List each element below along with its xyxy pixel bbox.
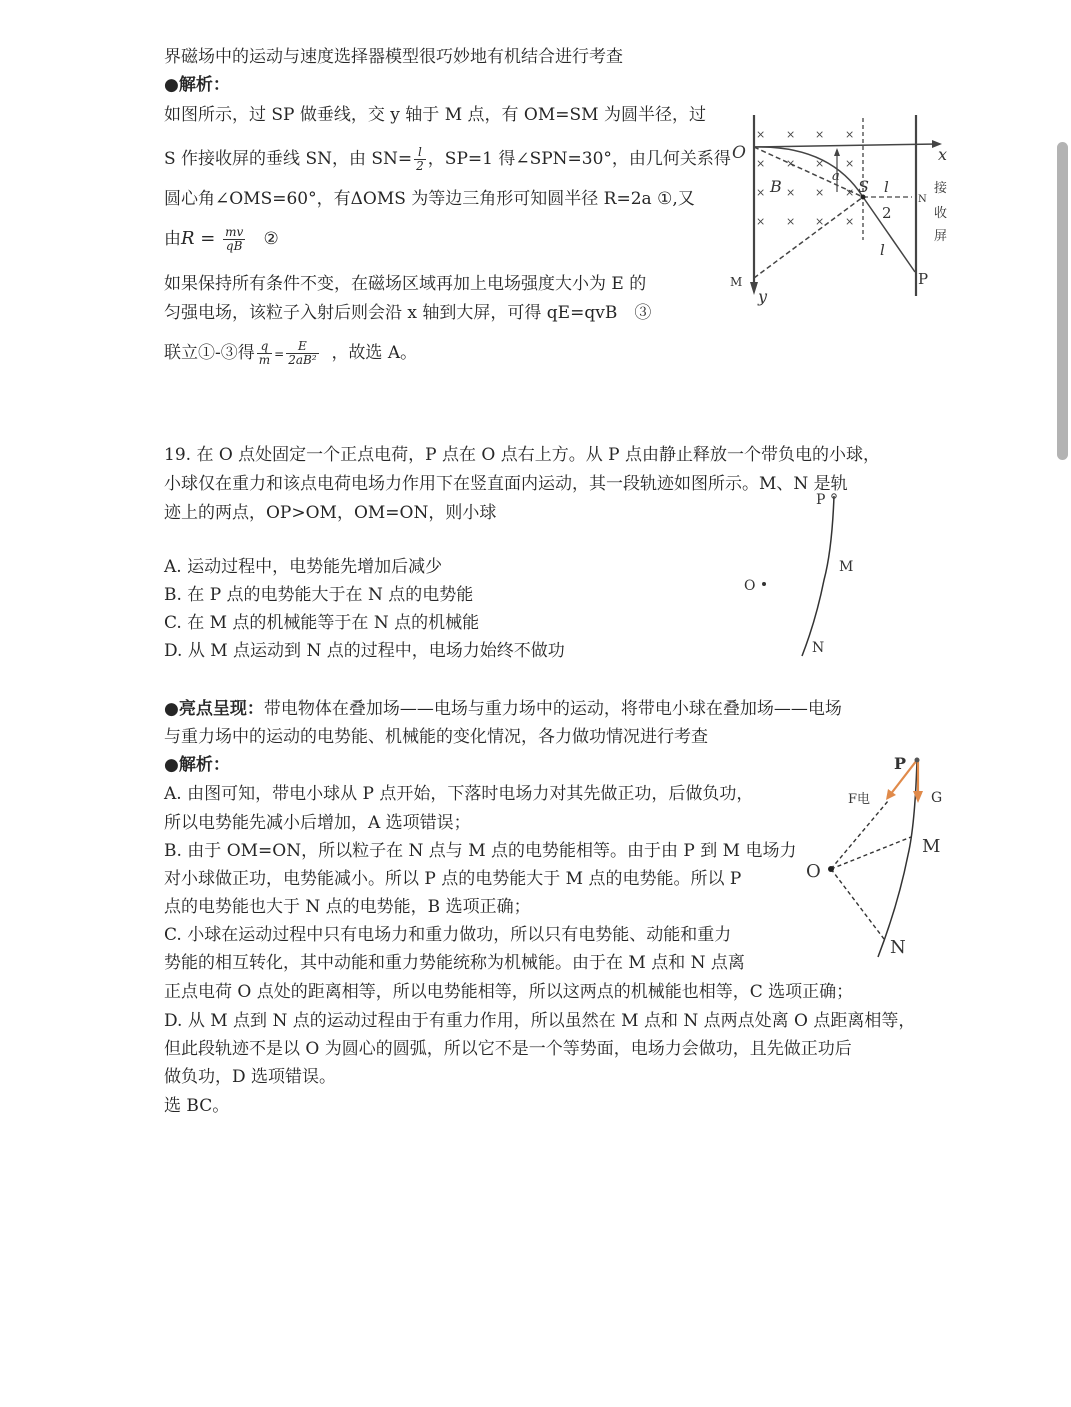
svg-text:G: G: [931, 790, 942, 806]
fraction-numerator: q: [257, 340, 272, 354]
svg-text:N: N: [890, 937, 906, 958]
fraction-numerator: mv: [223, 226, 245, 240]
analysis-line: 所以电势能先减小后增加，A 选项错误；: [164, 812, 471, 834]
fraction-numerator: E: [286, 340, 318, 354]
fraction-denominator: 2aB²: [286, 354, 318, 367]
svg-text:O: O: [744, 578, 755, 594]
svg-text:×: ×: [786, 128, 795, 141]
analysis-line: 点的电势能也大于 N 点的电势能，B 选项正确；: [164, 896, 531, 918]
analysis-line: D. 从 M 点到 N 点的运动过程由于有重力作用，所以虽然在 M 点和 N 点…: [164, 1010, 915, 1032]
analysis-heading: ●解析：: [164, 754, 230, 776]
analysis-heading: ●解析：: [164, 74, 230, 96]
fraction-denominator: qB: [223, 240, 245, 253]
svg-text:×: ×: [845, 215, 854, 228]
svg-text:P: P: [918, 270, 928, 288]
fraction-e-over-2ab2: E2aB²: [286, 340, 318, 367]
svg-text:l: l: [880, 241, 885, 259]
text-span: ，故选 A。: [331, 343, 417, 363]
svg-text:×: ×: [815, 157, 824, 170]
circled-two: ②: [263, 229, 278, 249]
svg-text:×: ×: [756, 128, 765, 141]
magnetic-field-figure: ×××× ×××× ×××× ×××× O x y B a S l 2 N M …: [720, 100, 960, 310]
svg-text:P: P: [816, 492, 825, 508]
svg-text:×: ×: [756, 157, 765, 170]
paragraph-line: 由R = mvqB ②: [164, 226, 279, 253]
force-analysis-figure: P F电 G M O N: [800, 745, 970, 970]
svg-text:屏: 屏: [934, 229, 947, 244]
svg-text:×: ×: [815, 128, 824, 141]
svg-text:F电: F电: [848, 791, 870, 807]
svg-text:×: ×: [815, 215, 824, 228]
text-span: 联立①-③得: [164, 343, 255, 363]
question-stem-line: 迹上的两点，OP>OM，OM=ON，则小球: [164, 502, 496, 524]
option-d: D. 从 M 点运动到 N 点的过程中，电场力始终不做功: [164, 640, 565, 662]
text-span: ，SP=1 得∠SPN=30°，由几何关系得: [428, 149, 731, 169]
fraction-numerator: l: [414, 146, 426, 160]
analysis-line: 做负功，D 选项错误。: [164, 1066, 336, 1088]
analysis-line: C. 小球在运动过程中只有电场力和重力做功，所以只有电势能、动能和重力: [164, 924, 731, 946]
svg-text:N: N: [918, 194, 927, 205]
svg-text:a: a: [832, 169, 840, 184]
svg-text:S: S: [858, 177, 869, 196]
analysis-line: A. 由图可知，带电小球从 P 点开始，下落时电场力对其先做正功，后做负功，: [164, 783, 753, 805]
svg-text:M: M: [839, 559, 853, 575]
svg-text:×: ×: [786, 186, 795, 199]
svg-text:×: ×: [845, 186, 854, 199]
text-span: 由: [164, 229, 181, 249]
fraction-denominator: m: [257, 354, 272, 367]
svg-text:y: y: [757, 287, 768, 306]
fraction-q-over-m: qm: [257, 340, 272, 367]
analysis-line: B. 由于 OM=ON，所以粒子在 N 点与 M 点的电势能相等。由于由 P 到…: [164, 840, 796, 862]
analysis-line: 势能的相互转化，其中动能和重力势能统称为机械能。由于在 M 点和 N 点离: [164, 952, 745, 974]
fraction-r: mvqB: [223, 226, 245, 253]
svg-text:B: B: [769, 177, 782, 196]
answer-line: 选 BC。: [164, 1095, 229, 1117]
svg-text:M: M: [730, 275, 742, 289]
svg-text:×: ×: [786, 215, 795, 228]
paragraph-line: 联立①-③得qm=E2aB² ，故选 A。: [164, 340, 417, 367]
question-stem-line: 19. 在 O 点处固定一个正点电荷，P 点在 O 点右上方。从 P 点由静止释…: [164, 444, 880, 466]
svg-text:×: ×: [756, 186, 765, 199]
intro-tail-text: 界磁场中的运动与速度选择器模型很巧妙地有机结合进行考查: [164, 46, 623, 68]
svg-text:N: N: [812, 640, 824, 656]
trajectory-figure: P M O N: [720, 480, 920, 660]
highlight-text: 带电物体在叠加场——电场与重力场中的运动，将带电小球在叠加场——电场: [264, 699, 842, 719]
vertical-scrollbar[interactable]: [1057, 142, 1068, 460]
paragraph-line: 圆心角∠OMS=60°，有ΔOMS 为等边三角形可知圆半径 R=2a ①,又: [164, 188, 695, 210]
svg-text:×: ×: [845, 128, 854, 141]
svg-text:接: 接: [934, 180, 947, 196]
paragraph-line: S 作接收屏的垂线 SN，由 SN=l2，SP=1 得∠SPN=30°，由几何关…: [164, 146, 731, 173]
analysis-line: 正点电荷 O 点处的距离相等，所以电势能相等，所以这两点的机械能也相等，C 选项…: [164, 981, 853, 1003]
svg-text:2: 2: [882, 204, 892, 222]
highlight-label: ●亮点呈现：: [164, 699, 264, 719]
svg-text:l: l: [884, 178, 889, 196]
svg-text:O: O: [732, 143, 746, 163]
fraction-sn: l2: [414, 146, 426, 173]
option-b: B. 在 P 点的电势能大于在 N 点的电势能: [164, 584, 473, 606]
paragraph-line: 如果保持所有条件不变，在磁场区域再加上电场强度大小为 E 的: [164, 273, 646, 295]
paragraph-line: 匀强电场，该粒子入射后则会沿 x 轴到大屏，可得 qE=qvB ③: [164, 302, 651, 324]
svg-text:×: ×: [756, 215, 765, 228]
option-a: A. 运动过程中，电势能先增加后减少: [164, 556, 442, 578]
analysis-line: 但此段轨迹不是以 O 为圆心的圆弧，所以它不是一个等势面，电场力会做功，且先做正…: [164, 1038, 852, 1060]
formula-r: R =: [181, 228, 221, 249]
svg-text:收: 收: [934, 205, 947, 221]
highlight-line: ●亮点呈现：带电物体在叠加场——电场与重力场中的运动，将带电小球在叠加场——电场: [164, 698, 842, 720]
svg-text:x: x: [938, 145, 947, 164]
svg-text:M: M: [922, 836, 940, 857]
svg-text:×: ×: [845, 157, 854, 170]
paragraph-line: 如图所示，过 SP 做垂线，交 y 轴于 M 点，有 OM=SM 为圆半径，过: [164, 104, 706, 126]
analysis-line: 对小球做正功，电势能减小。所以 P 点的电势能大于 M 点的电势能。所以 P: [164, 868, 741, 890]
svg-text:×: ×: [786, 157, 795, 170]
text-span: S 作接收屏的垂线 SN，由 SN=: [164, 149, 412, 169]
fraction-denominator: 2: [414, 160, 426, 173]
option-c: C. 在 M 点的机械能等于在 N 点的机械能: [164, 612, 479, 634]
svg-text:×: ×: [815, 186, 824, 199]
svg-text:O: O: [806, 861, 821, 882]
svg-text:P: P: [894, 754, 906, 773]
highlight-line: 与重力场中的运动的电势能、机械能的变化情况，各力做功情况进行考查: [164, 726, 708, 748]
